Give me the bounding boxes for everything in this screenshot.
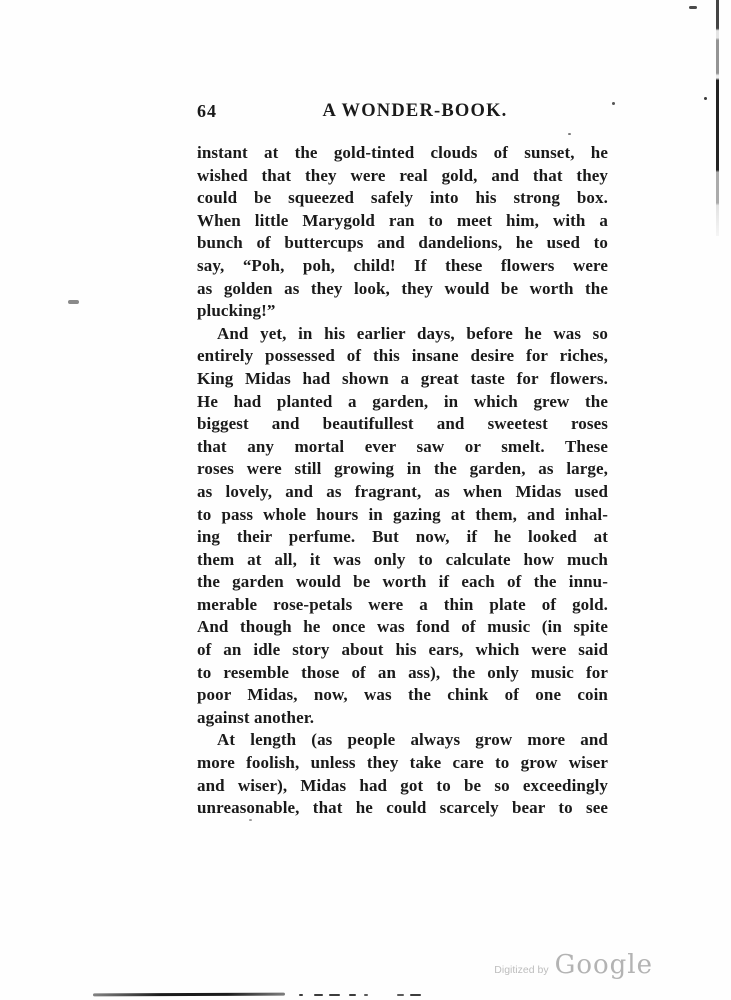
scan-bottom-edge-dash bbox=[410, 994, 421, 996]
text-line: the garden would be worth if each of the… bbox=[197, 571, 608, 594]
text-line: against another. bbox=[197, 707, 608, 730]
scan-edge-streak bbox=[716, 0, 719, 236]
text-line: say, “Poh, poh, child! If these flowers … bbox=[197, 255, 608, 278]
text-line: roses were still growing in the garden, … bbox=[197, 458, 608, 481]
text-line: bunch of buttercups and dandelions, he u… bbox=[197, 232, 608, 255]
text-line: And though he once was fond of music (in… bbox=[197, 616, 608, 639]
text-line: When little Marygold ran to meet him, wi… bbox=[197, 210, 608, 233]
text-line: poor Midas, now, was the chink of one co… bbox=[197, 684, 608, 707]
scan-dash-mark bbox=[689, 6, 697, 9]
text-line: as lovely, and as fragrant, as when Mida… bbox=[197, 481, 608, 504]
scan-bottom-edge-dash bbox=[397, 994, 404, 996]
text-line: biggest and beautifullest and sweetest r… bbox=[197, 413, 608, 436]
scan-bottom-edge-dash bbox=[314, 994, 323, 996]
book-page-scan: 64 A WONDER-BOOK. instant at the gold-ti… bbox=[0, 0, 731, 1000]
watermark-prefix-text: Digitized by bbox=[494, 964, 548, 976]
text-line: more foolish, unless they take care to g… bbox=[197, 752, 608, 775]
text-line: entirely possessed of this insane desire… bbox=[197, 345, 608, 368]
scan-speck bbox=[612, 102, 615, 105]
text-block: instant at the gold-tinted clouds of sun… bbox=[197, 142, 608, 820]
scan-bottom-edge-dash bbox=[349, 994, 356, 996]
scan-bottom-edge-line bbox=[93, 993, 285, 997]
text-line: as golden as they look, they would be wo… bbox=[197, 278, 608, 301]
text-line: He had planted a garden, in which grew t… bbox=[197, 391, 608, 414]
scan-bottom-edge-dash bbox=[329, 994, 340, 996]
scan-dash-mark bbox=[68, 300, 79, 304]
scan-speck bbox=[568, 133, 571, 135]
text-line: unreasonable, that he could scarcely bea… bbox=[197, 797, 608, 820]
scan-dot-mark bbox=[704, 97, 707, 100]
digitization-watermark: Digitized by Google bbox=[494, 950, 653, 980]
scan-bottom-edge-dash bbox=[299, 994, 303, 996]
text-line: of an idle story about his ears, which w… bbox=[197, 639, 608, 662]
text-line: to pass whole hours in gazing at them, a… bbox=[197, 504, 608, 527]
text-line: instant at the gold-tinted clouds of sun… bbox=[197, 142, 608, 165]
text-line: them at all, it was only to calculate ho… bbox=[197, 549, 608, 572]
text-line: ing their perfume. But now, if he looked… bbox=[197, 526, 608, 549]
page-title: A WONDER-BOOK. bbox=[197, 101, 607, 122]
text-line: And yet, in his earlier days, before he … bbox=[197, 323, 608, 346]
text-line: merable rose-petals were a thin plate of… bbox=[197, 594, 608, 617]
text-line: that any mortal ever saw or smelt. These bbox=[197, 436, 608, 459]
text-line: wished that they were real gold, and tha… bbox=[197, 165, 608, 188]
text-line: could be squeezed safely into his strong… bbox=[197, 187, 608, 210]
text-line: At length (as people always grow more an… bbox=[197, 729, 608, 752]
page-header: 64 A WONDER-BOOK. bbox=[197, 101, 607, 125]
google-logo-text: Google bbox=[555, 950, 653, 980]
text-line: and wiser), Midas had got to be so excee… bbox=[197, 775, 608, 798]
text-line: King Midas had shown a great taste for f… bbox=[197, 368, 608, 391]
scan-bottom-edge-dash bbox=[364, 994, 368, 996]
text-line: to resemble those of an ass), the only m… bbox=[197, 662, 608, 685]
text-line: plucking!” bbox=[197, 300, 608, 323]
